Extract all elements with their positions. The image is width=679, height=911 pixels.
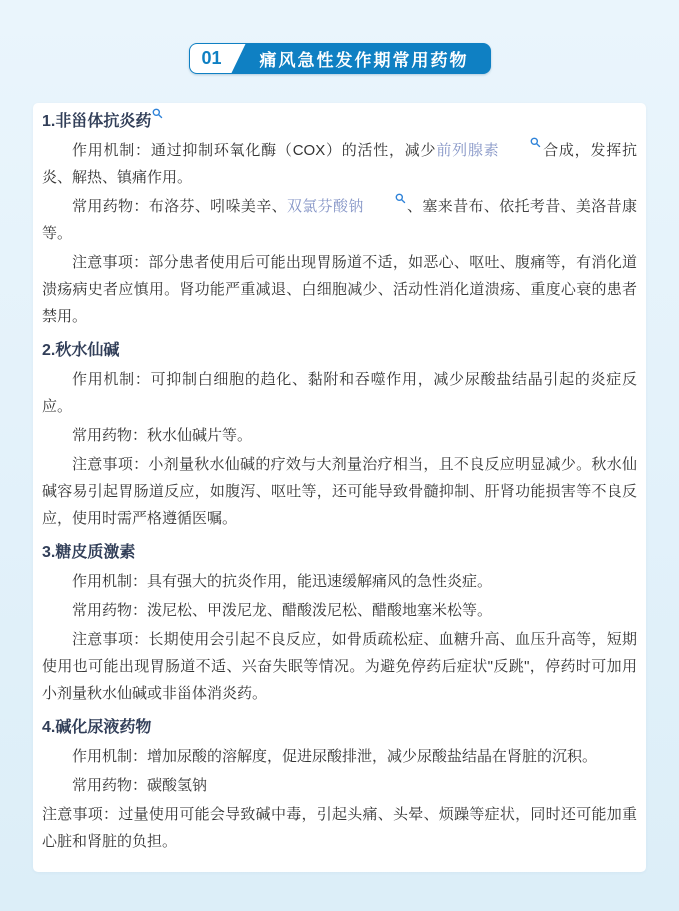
paragraph: 常用药物：泼尼松、甲泼尼龙、醋酸泼尼松、醋酸地塞米松等。 — [42, 597, 637, 624]
paragraph: 常用药物：布洛芬、吲哚美辛、双氯芬酸钠、塞来昔布、依托考昔、美洛昔康等。 — [42, 193, 637, 247]
text-segment: 注意事项：部分患者使用后可能出现胃肠道不适，如恶心、呕吐、腹痛等，有消化道溃疡病… — [42, 254, 637, 325]
section-paragraphs: 作用机制：可抑制白细胞的趋化、黏附和吞噬作用，减少尿酸盐结晶引起的炎症反应。常用… — [42, 366, 637, 532]
drug-section: 4.碱化尿液药物 作用机制：增加尿酸的溶解度，促进尿酸排泄，减少尿酸盐结晶在肾脏… — [42, 714, 637, 855]
section-paragraphs: 作用机制：增加尿酸的溶解度，促进尿酸排泄，减少尿酸盐结晶在肾脏的沉积。常用药物：… — [42, 743, 637, 855]
section-banner: 01 痛风急性发作期常用药物 — [189, 43, 491, 74]
term-link[interactable]: 前列腺素 — [436, 142, 499, 159]
paragraph: 作用机制：增加尿酸的溶解度，促进尿酸排泄，减少尿酸盐结晶在肾脏的沉积。 — [42, 743, 637, 770]
paragraph: 注意事项：小剂量秋水仙碱的疗效与大剂量治疗相当，且不良反应明显减少。秋水仙碱容易… — [42, 451, 637, 532]
section-heading: 1.非甾体抗炎药 — [42, 108, 637, 135]
term-link[interactable]: 双氯芬酸钠 — [287, 198, 364, 215]
drug-section: 1.非甾体抗炎药 作用机制：通过抑制环氧化酶（COX）的活性，减少前列腺素合成，… — [42, 108, 637, 330]
paragraph: 注意事项：过量使用可能会导致碱中毒，引起头痛、头晕、烦躁等症状，同时还可能加重心… — [42, 801, 637, 855]
section-heading: 2.秋水仙碱 — [42, 337, 637, 364]
text-segment: 注意事项：过量使用可能会导致碱中毒，引起头痛、头晕、烦躁等症状，同时还可能加重心… — [42, 806, 637, 850]
sections: 1.非甾体抗炎药 作用机制：通过抑制环氧化酶（COX）的活性，减少前列腺素合成，… — [42, 108, 637, 855]
text-segment: 常用药物：布洛芬、吲哚美辛、 — [72, 198, 287, 215]
banner-title: 痛风急性发作期常用药物 — [246, 43, 491, 74]
text-segment: 作用机制：通过抑制环氧化酶（COX）的活性，减少 — [72, 142, 436, 159]
paragraph: 常用药物：碳酸氢钠 — [42, 772, 637, 799]
paragraph: 作用机制：可抑制白细胞的趋化、黏附和吞噬作用，减少尿酸盐结晶引起的炎症反应。 — [42, 366, 637, 420]
search-icon[interactable] — [152, 108, 163, 119]
text-segment: 常用药物：秋水仙碱片等。 — [72, 427, 252, 444]
section-paragraphs: 作用机制：通过抑制环氧化酶（COX）的活性，减少前列腺素合成，发挥抗炎、解热、镇… — [42, 137, 637, 330]
search-icon[interactable] — [365, 193, 406, 204]
text-segment: 常用药物：泼尼松、甲泼尼龙、醋酸泼尼松、醋酸地塞米松等。 — [72, 602, 492, 619]
paragraph: 作用机制：具有强大的抗炎作用，能迅速缓解痛风的急性炎症。 — [42, 568, 637, 595]
text-segment: 作用机制：可抑制白细胞的趋化、黏附和吞噬作用，减少尿酸盐结晶引起的炎症反应。 — [42, 371, 637, 415]
paragraph: 注意事项：长期使用会引起不良反应，如骨质疏松症、血糖升高、血压升高等，短期使用也… — [42, 626, 637, 707]
section-heading-text: 1.非甾体抗炎药 — [42, 113, 151, 130]
text-segment: 注意事项：长期使用会引起不良反应，如骨质疏松症、血糖升高、血压升高等，短期使用也… — [42, 631, 637, 702]
paragraph: 作用机制：通过抑制环氧化酶（COX）的活性，减少前列腺素合成，发挥抗炎、解热、镇… — [42, 137, 637, 191]
section-heading: 4.碱化尿液药物 — [42, 714, 637, 741]
paragraph: 常用药物：秋水仙碱片等。 — [42, 422, 637, 449]
drug-section: 3.糖皮质激素 作用机制：具有强大的抗炎作用，能迅速缓解痛风的急性炎症。常用药物… — [42, 539, 637, 707]
section-heading-text: 3.糖皮质激素 — [42, 544, 135, 561]
banner-number-box: 01 — [189, 43, 246, 74]
drug-section: 2.秋水仙碱 作用机制：可抑制白细胞的趋化、黏附和吞噬作用，减少尿酸盐结晶引起的… — [42, 337, 637, 532]
banner-number: 01 — [189, 43, 235, 74]
section-heading: 3.糖皮质激素 — [42, 539, 637, 566]
text-segment: 注意事项：小剂量秋水仙碱的疗效与大剂量治疗相当，且不良反应明显减少。秋水仙碱容易… — [42, 456, 637, 527]
paragraph: 注意事项：部分患者使用后可能出现胃肠道不适，如恶心、呕吐、腹痛等，有消化道溃疡病… — [42, 249, 637, 330]
content-card: 1.非甾体抗炎药 作用机制：通过抑制环氧化酶（COX）的活性，减少前列腺素合成，… — [33, 103, 646, 872]
text-segment: 作用机制：具有强大的抗炎作用，能迅速缓解痛风的急性炎症。 — [72, 573, 492, 590]
section-heading-text: 4.碱化尿液药物 — [42, 719, 151, 736]
text-segment: 作用机制：增加尿酸的溶解度，促进尿酸排泄，减少尿酸盐结晶在肾脏的沉积。 — [72, 748, 597, 765]
section-heading-text: 2.秋水仙碱 — [42, 342, 119, 359]
text-segment: 常用药物：碳酸氢钠 — [72, 777, 207, 794]
section-paragraphs: 作用机制：具有强大的抗炎作用，能迅速缓解痛风的急性炎症。常用药物：泼尼松、甲泼尼… — [42, 568, 637, 707]
search-icon[interactable] — [500, 137, 541, 148]
